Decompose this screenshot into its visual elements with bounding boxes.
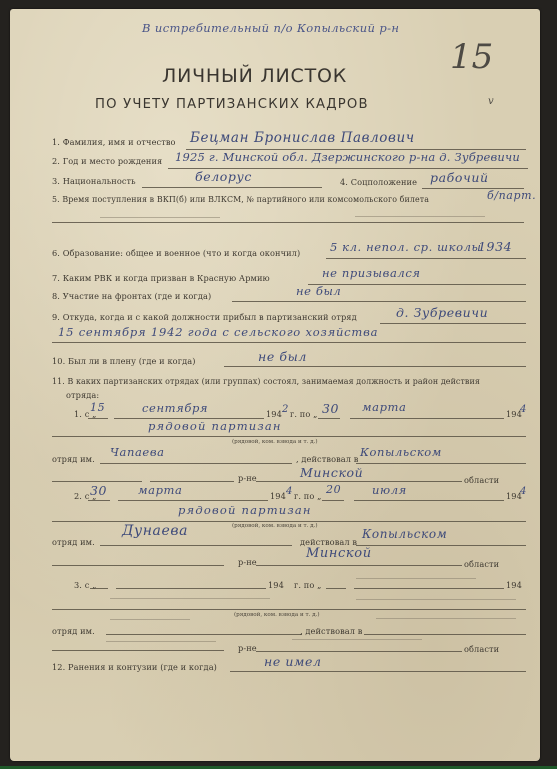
field-1-value: Бецман Бронислав Павлович (190, 130, 415, 146)
entry-3-acted-label: , действовал в (300, 626, 363, 636)
field-7-label: 7. Каким РВК и когда призван в Красную А… (52, 273, 270, 283)
field-6-value: 5 кл. непол. ср. школы (330, 240, 482, 254)
entry-3-detachment-label: отряд им. (52, 626, 95, 636)
field-5-label: 5. Время поступления в ВКП(б) или ВЛКСМ,… (52, 195, 429, 204)
field-9-value2: 15 сентября 1942 года с сельского хозяйс… (58, 325, 378, 339)
entry-2-from-month: марта (138, 483, 183, 497)
field-2-label: 2. Год и место рождения (52, 156, 162, 166)
field-11-label-2: отряда: (66, 390, 99, 400)
entry-1-region-label: области (464, 475, 499, 485)
entry-1-to-month: марта (362, 400, 407, 414)
entry-2-to-label: г. по „ (294, 491, 321, 501)
field-5-value: б/парт. (487, 189, 536, 202)
entry-1-to-year: 4 (520, 404, 527, 415)
pencil-mark: 15 (450, 37, 493, 77)
entry-1-detachment-label: отряд им. (52, 454, 95, 464)
field-12-label: 12. Ранения и контузии (где и когда) (52, 662, 217, 672)
entry-2-to-year: 4 (520, 486, 527, 497)
entry-3-to-label: г. по „ (294, 580, 321, 590)
entry-2-position: рядовой партизан (178, 503, 312, 517)
entry-1-position-hint: (рядовой, ком. взвода и т. д.) (232, 439, 318, 445)
document-subtitle: ПО УЧЕТУ ПАРТИЗАНСКИХ КАДРОВ (95, 97, 369, 112)
entry-2-district-label: р-не (238, 557, 257, 567)
entry-3-district-label: р-не (238, 643, 257, 653)
entry-2-district: Копыльском (362, 527, 447, 541)
entry-2-from-year-prefix: 194 (270, 491, 286, 501)
entry-1-detachment: Чапаева (110, 445, 165, 459)
check-mark: v (488, 96, 494, 107)
field-7-value: не призывался (322, 266, 421, 280)
entry-1-to-label: г. по „ (290, 409, 317, 419)
entry-2-region: Минской (306, 546, 372, 561)
field-12-value: не имел (264, 654, 322, 669)
entry-3-region-label: области (464, 644, 499, 654)
top-annotation: В истребительный п/о Копыльский р-н (142, 21, 399, 35)
field-9-value: д. Зубревичи (396, 305, 488, 320)
entry-1-position: рядовой партизан (148, 419, 282, 433)
entry-2-detachment-label: отряд им. (52, 537, 95, 547)
entry-3-position-hint: (рядовой, ком. взвода и т. д.) (234, 612, 320, 618)
field-8-value: не был (296, 284, 341, 298)
entry-1-region: Минской (300, 465, 363, 480)
field-10-label: 10. Был ли в плену (где и когда) (52, 356, 196, 366)
field-4-value: рабочий (430, 170, 489, 185)
entry-1-acted-label: , действовал в (296, 454, 359, 464)
field-2-value: 1925 г. Минской обл. Дзержинского р-на д… (175, 150, 520, 164)
entry-1-district: Копыльском (360, 445, 442, 459)
document-page: В истребительный п/о Копыльский р-н 15 Л… (10, 9, 540, 761)
field-1-label: 1. Фамилия, имя и отчество (52, 137, 176, 147)
field-6-year: 1934 (478, 239, 512, 254)
entry-1-from-day: 15 (90, 401, 105, 414)
field-9-label: 9. Откуда, когда и с какой должности при… (52, 312, 357, 322)
field-10-value: не был (258, 349, 307, 364)
field-3-value: белорус (195, 169, 252, 184)
entry-1-from-month: сентября (142, 401, 208, 415)
entry-1-district-label: р-не (238, 473, 257, 483)
entry-2-from-year: 4 (286, 486, 293, 497)
entry-1-from-year-prefix: 194 (266, 409, 282, 419)
document-title: ЛИЧНЫЙ ЛИСТОК (162, 65, 347, 87)
field-3-label: 3. Национальность (52, 176, 136, 186)
field-6-label: 6. Образование: общее и военное (что и к… (52, 248, 300, 258)
field-11-label: 11. В каких партизанских отрядах (или гр… (52, 377, 480, 386)
entry-2-from-day: 30 (90, 483, 107, 498)
entry-3-from-year-prefix: 194 (268, 580, 284, 590)
entry-3-to-year-prefix: 194 (506, 580, 522, 590)
field-4-label: 4. Соцположение (340, 177, 417, 187)
entry-2-detachment: Дунаева (122, 523, 188, 539)
entry-2-to-month: июля (372, 483, 407, 497)
entry-1-to-day: 30 (322, 401, 339, 416)
field-8-label: 8. Участие на фронтах (где и когда) (52, 291, 211, 301)
entry-2-region-label: области (464, 559, 499, 569)
entry-2-position-hint: (рядовой, ком. взвода и т. д.) (232, 523, 318, 529)
entry-2-to-day: 20 (326, 483, 341, 496)
entry-1-from-year: 2 (282, 404, 289, 415)
